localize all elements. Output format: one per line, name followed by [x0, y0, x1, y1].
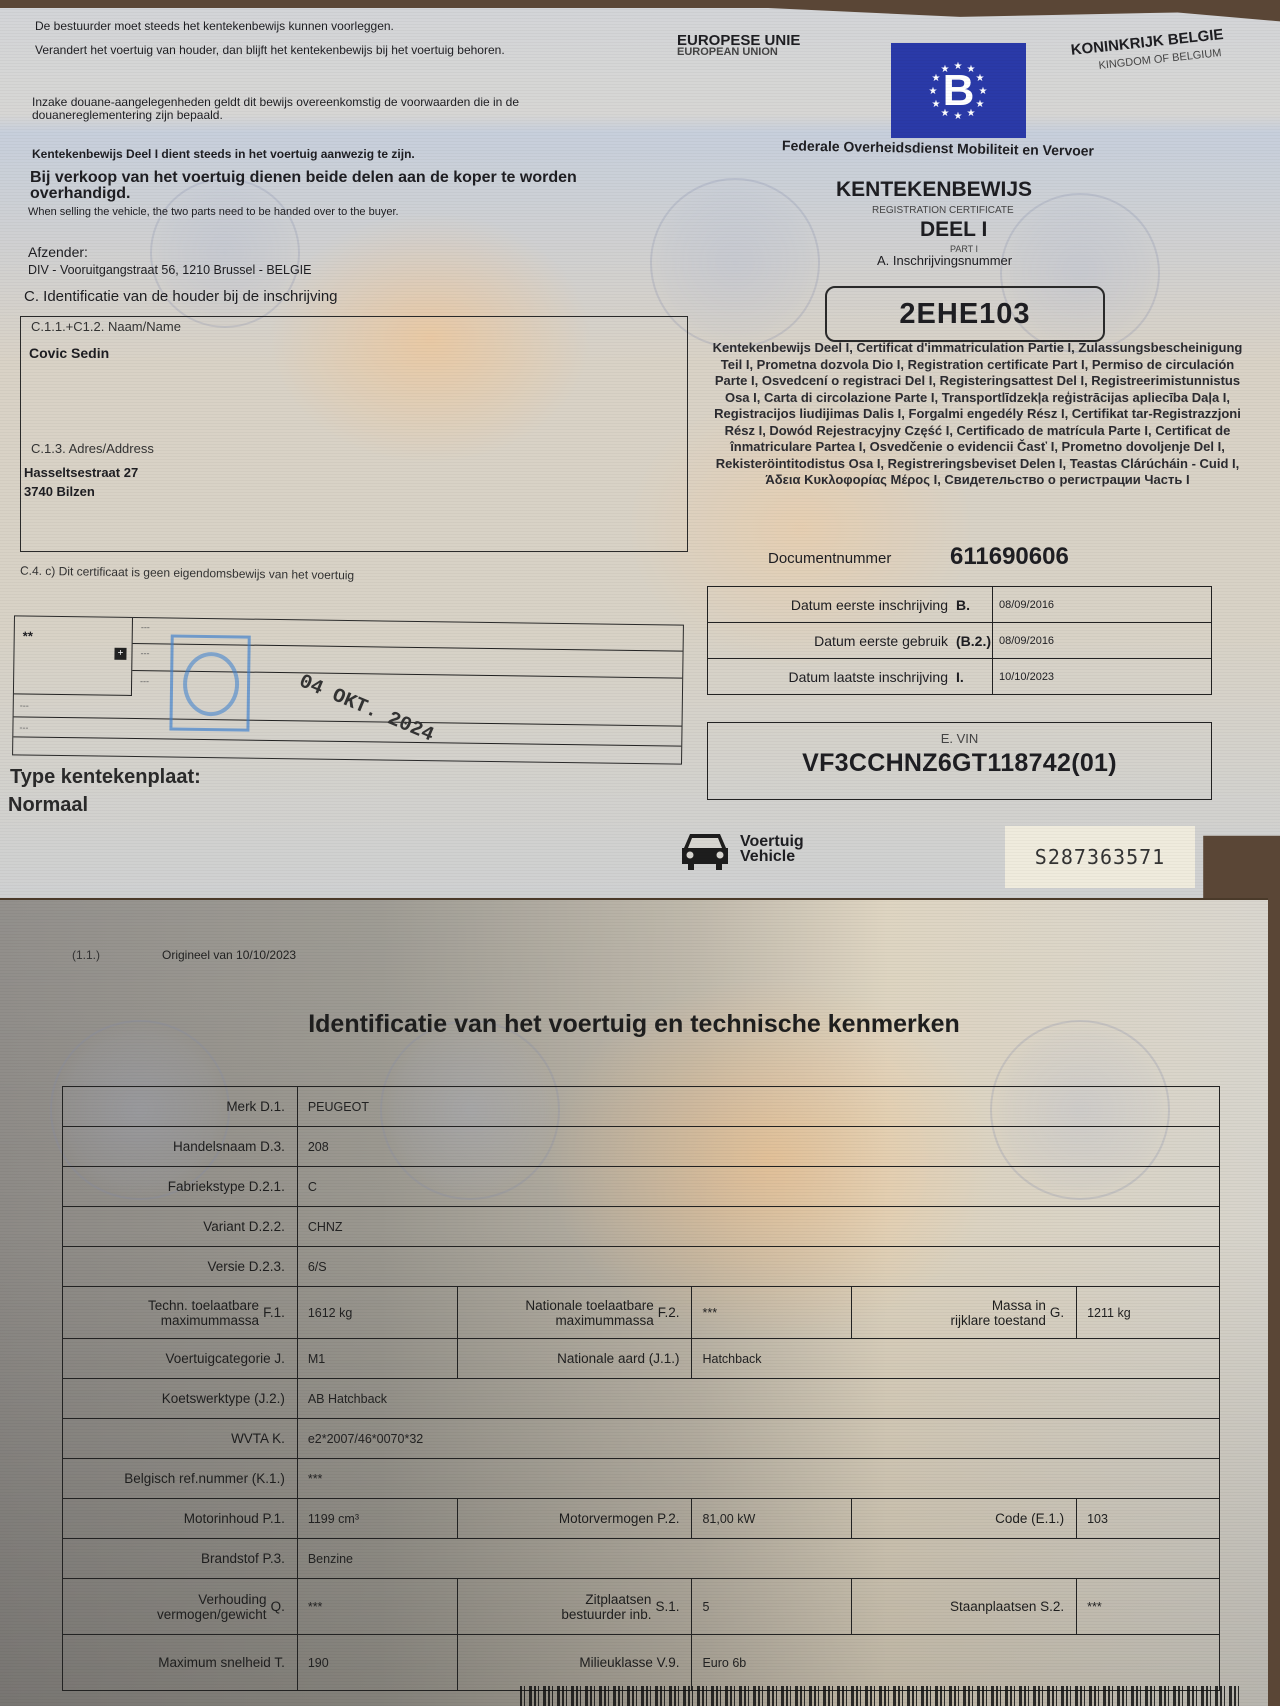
- value-max-snelheid: 190: [297, 1635, 457, 1691]
- table-row: Motorinhoud P.1. 1199 cm³ Motorvermogen …: [63, 1499, 1220, 1539]
- serial-sticker: S287363571: [1005, 826, 1195, 888]
- label-f2-line2: maximummassa: [555, 1313, 653, 1328]
- holder-address-label: C.1.3. Adres/Address: [31, 441, 154, 456]
- registration-number-label: A. Inschrijvingsnummer: [877, 253, 1012, 268]
- part2-original-date: Origineel van 10/10/2023: [162, 948, 296, 962]
- label-g-line2: rijklare toestand: [951, 1313, 1046, 1328]
- table-row: Maximum snelheid T. 190 Milieuklasse V.9…: [63, 1635, 1220, 1691]
- eu-label-en: EUROPEAN UNION: [677, 46, 778, 58]
- vin-box: E. VIN VF3CCHNZ6GT118742(01): [707, 722, 1212, 800]
- label-variant: Variant D.2.2.: [63, 1207, 298, 1247]
- value-variant: CHNZ: [297, 1207, 1219, 1247]
- label-s1-line2: bestuurder inb.: [561, 1607, 651, 1622]
- kingdom-label-en: KINGDOM OF BELGIUM: [1098, 47, 1222, 72]
- notice-sale-nl: Bij verkoop van het voertuig dienen beid…: [30, 170, 590, 202]
- table-row: Variant D.2.2. CHNZ: [63, 1207, 1220, 1247]
- table-row: Belgisch ref.nummer (K.1.) ***: [63, 1459, 1220, 1499]
- label-code-e1: Code (E.1.): [852, 1499, 1077, 1539]
- label-handelsnaam: Handelsnaam D.3.: [63, 1127, 298, 1167]
- date-value: 10/10/2023: [993, 659, 1212, 695]
- value-staanplaatsen: ***: [1077, 1579, 1220, 1635]
- value-categorie: M1: [297, 1339, 457, 1379]
- placeholder-text: ---: [140, 676, 149, 686]
- date-code: B.: [956, 597, 986, 613]
- label-f1-line1: Techn. toelaatbare: [148, 1298, 259, 1313]
- svg-text:★: ★: [932, 73, 941, 84]
- vehicle-label-en: Vehicle: [740, 849, 795, 864]
- code-f2: F.2.: [658, 1305, 680, 1320]
- sender-address: DIV - Vooruitgangstraat 56, 1210 Brussel…: [28, 263, 311, 277]
- part2-reference: (1.1.): [72, 948, 100, 962]
- marks-cell: ** +: [14, 616, 133, 696]
- label-motorinhoud: Motorinhoud P.1.: [63, 1499, 298, 1539]
- stamp-seal-icon: [183, 652, 240, 717]
- divider: [13, 736, 681, 746]
- value-q: ***: [297, 1579, 457, 1635]
- table-row: Merk D.1. PEUGEOT: [63, 1087, 1220, 1127]
- wheel-watermark: [650, 178, 820, 348]
- label-merk: Merk D.1.: [63, 1087, 298, 1127]
- value-f1: 1612 kg: [297, 1287, 457, 1339]
- value-motorinhoud: 1199 cm³: [297, 1499, 457, 1539]
- value-handelsnaam: 208: [297, 1127, 1219, 1167]
- notice-sale-en: When selling the vehicle, the two parts …: [28, 206, 628, 218]
- divider: [14, 716, 682, 726]
- label-f2-line1: Nationale toelaatbare: [525, 1298, 653, 1313]
- eu-flag: ★★★ ★★★ ★★★ ★★★ B: [891, 43, 1026, 138]
- label-q-line2: vermogen/gewicht: [157, 1607, 267, 1622]
- table-row: Voertuigcategorie J. M1 Nationale aard (…: [63, 1339, 1220, 1379]
- svg-text:★: ★: [941, 64, 950, 75]
- date-code: (B.2.): [956, 633, 986, 649]
- value-wvta: e2*2007/46*0070*32: [297, 1419, 1219, 1459]
- holder-box: C.1.1.+C1.2. Naam/Name Covic Sedin C.1.3…: [20, 316, 688, 552]
- placeholder-text: ---: [140, 648, 149, 658]
- code-s1: S.1.: [655, 1599, 679, 1614]
- certificate-title: KENTEKENBEWIJS: [836, 178, 1032, 202]
- holder-name-label: C.1.1.+C1.2. Naam/Name: [31, 319, 181, 334]
- value-fabriekstype: C: [297, 1167, 1219, 1207]
- svg-text:★: ★: [932, 99, 941, 110]
- document-number-label: Documentnummer: [768, 550, 891, 567]
- vehicle-label-nl: Voertuig: [740, 834, 804, 849]
- value-versie: 6/S: [297, 1247, 1219, 1287]
- date-row: Datum eerste gebruik(B.2.) 08/09/2016: [708, 623, 1212, 659]
- table-row: Techn. toelaatbaremaximummassaF.1. 1612 …: [63, 1287, 1220, 1339]
- value-code-e1: 103: [1077, 1499, 1220, 1539]
- country-code: B: [943, 66, 975, 116]
- plate-type-label: Type kentekenplaat:: [10, 766, 201, 789]
- certificate-title-en: REGISTRATION CERTIFICATE: [872, 205, 1014, 216]
- vin-value: VF3CCHNZ6GT118742(01): [708, 749, 1211, 778]
- code-f1: F.1.: [263, 1305, 285, 1320]
- svg-text:★: ★: [976, 73, 985, 84]
- table-row: Verhoudingvermogen/gewichtQ. *** Zitplaa…: [63, 1579, 1220, 1635]
- wheel-watermark: [1000, 193, 1160, 353]
- label-nat-aard: Nationale aard (J.1.): [457, 1339, 692, 1379]
- registration-certificate-part-1: De bestuurder moet steeds het kentekenbe…: [0, 8, 1280, 898]
- table-row: Koetswerktype (J.2.) AB Hatchback: [63, 1379, 1220, 1419]
- holder-name: Covic Sedin: [29, 345, 109, 361]
- svg-text:★: ★: [941, 108, 950, 119]
- date-row: Datum eerste inschrijvingB. 08/09/2016: [708, 587, 1212, 623]
- label-wvta: WVTA K.: [63, 1419, 298, 1459]
- value-motorvermogen: 81,00 kW: [692, 1499, 852, 1539]
- svg-text:★: ★: [979, 86, 988, 97]
- certificate-translations: Kentekenbewijs Deel I, Certificat d'imma…: [710, 340, 1245, 489]
- document-number: 611690606: [950, 543, 1069, 571]
- sender-label: Afzender:: [28, 244, 88, 260]
- certificate-part-en: PART I: [950, 244, 978, 254]
- value-koetswerk: AB Hatchback: [297, 1379, 1219, 1419]
- label-milieuklasse: Milieuklasse V.9.: [457, 1635, 692, 1691]
- placeholder-text: ---: [141, 622, 150, 632]
- registration-number: 2EHE103: [825, 286, 1105, 342]
- svg-text:★: ★: [976, 99, 985, 110]
- label-ref-nummer: Belgisch ref.nummer (K.1.): [63, 1459, 298, 1499]
- part2-title: Identificatie van het voertuig en techni…: [0, 1010, 1268, 1039]
- date-code: I.: [956, 669, 986, 685]
- label-fabriekstype: Fabriekstype D.2.1.: [63, 1167, 298, 1207]
- svg-text:★: ★: [954, 61, 963, 72]
- date-value: 08/09/2016: [993, 587, 1212, 623]
- table-row: Versie D.2.3. 6/S: [63, 1247, 1220, 1287]
- label-versie: Versie D.2.3.: [63, 1247, 298, 1287]
- table-row: Fabriekstype D.2.1. C: [63, 1167, 1220, 1207]
- eu-label-nl: EUROPESE UNIE: [677, 32, 800, 49]
- notice-present: De bestuurder moet steeds het kentekenbe…: [35, 20, 635, 33]
- label-q-line1: Verhouding: [198, 1592, 266, 1607]
- label-s1-line1: Zitplaatsen: [585, 1592, 651, 1607]
- value-brandstof: Benzine: [297, 1539, 1219, 1579]
- label-categorie: Voertuigcategorie J.: [63, 1339, 298, 1379]
- authority: Federale Overheidsdienst Mobiliteit en V…: [782, 137, 1094, 158]
- svg-text:★: ★: [967, 64, 976, 75]
- notice-in-vehicle: Kentekenbewijs Deel I dient steeds in he…: [32, 148, 672, 161]
- code-q: Q.: [271, 1599, 285, 1614]
- value-f2: ***: [692, 1287, 852, 1339]
- value-milieuklasse: Euro 6b: [692, 1635, 1220, 1691]
- wheel-watermark: [150, 178, 300, 328]
- value-nat-aard: Hatchback: [692, 1339, 1220, 1379]
- eu-stars-icon: ★★★ ★★★ ★★★ ★★★: [891, 43, 1026, 138]
- official-stamp: [169, 635, 250, 732]
- label-koetswerk: Koetswerktype (J.2.): [63, 1379, 298, 1419]
- notice-customs: Inzake douane-aangelegenheden geldt dit …: [32, 96, 642, 122]
- holder-section-title: C. Identificatie van de houder bij de in…: [24, 288, 338, 305]
- value-g: 1211 kg: [1077, 1287, 1220, 1339]
- code-g: G.: [1050, 1305, 1064, 1320]
- date-label: Datum eerste gebruik: [814, 633, 948, 649]
- label-brandstof: Brandstof P.3.: [63, 1539, 298, 1579]
- technical-data-table: Merk D.1. PEUGEOT Handelsnaam D.3. 208 F…: [62, 1086, 1220, 1691]
- placeholder-text: ---: [19, 722, 28, 732]
- marks-box: ** + --- --- --- --- --- 04 OKT. 2024: [12, 615, 684, 764]
- marks-stars: **: [23, 628, 33, 643]
- svg-text:★: ★: [967, 108, 976, 119]
- stamp-date: 04 OKT. 2024: [295, 670, 437, 747]
- date-label: Datum laatste inschrijving: [788, 669, 948, 685]
- divider: [132, 670, 682, 679]
- value-ref-nummer: ***: [297, 1459, 1219, 1499]
- value-s1: 5: [692, 1579, 852, 1635]
- table-row: Brandstof P.3. Benzine: [63, 1539, 1220, 1579]
- notice-ownership-change: Verandert het voertuig van houder, dan b…: [35, 44, 575, 57]
- kingdom-label-nl: KONINKRIJK BELGIE: [1070, 26, 1224, 59]
- plus-icon: +: [114, 648, 126, 660]
- date-value: 08/09/2016: [993, 623, 1212, 659]
- value-merk: PEUGEOT: [297, 1087, 1219, 1127]
- plate-type-value: Normaal: [8, 794, 88, 817]
- vin-label: E. VIN: [708, 731, 1211, 746]
- certificate-part: DEEL I: [920, 218, 987, 242]
- registration-dates-table: Datum eerste inschrijvingB. 08/09/2016 D…: [707, 586, 1212, 695]
- placeholder-text: ---: [20, 700, 29, 710]
- label-motorvermogen: Motorvermogen P.2.: [457, 1499, 692, 1539]
- holder-address-line2: 3740 Bilzen: [24, 484, 95, 499]
- table-row: WVTA K. e2*2007/46*0070*32: [63, 1419, 1220, 1459]
- label-staanplaatsen: Staanplaatsen S.2.: [852, 1579, 1077, 1635]
- label-g-line1: Massa in: [992, 1298, 1046, 1313]
- car-icon: [680, 830, 730, 872]
- date-row: Datum laatste inschrijvingI. 10/10/2023: [708, 659, 1212, 695]
- divider: [133, 643, 683, 652]
- holder-address-line1: Hasseltsestraat 27: [24, 465, 138, 480]
- svg-text:★: ★: [929, 86, 938, 97]
- ownership-note: C.4. c) Dit certificaat is geen eigendom…: [20, 564, 354, 583]
- date-label: Datum eerste inschrijving: [791, 597, 948, 613]
- barcode: [520, 1686, 1240, 1706]
- svg-text:★: ★: [954, 111, 963, 122]
- label-f1-line2: maximummassa: [161, 1313, 259, 1328]
- label-max-snelheid: Maximum snelheid T.: [63, 1635, 298, 1691]
- table-row: Handelsnaam D.3. 208: [63, 1127, 1220, 1167]
- technical-characteristics-sheet: (1.1.) Origineel van 10/10/2023 Identifi…: [0, 898, 1268, 1706]
